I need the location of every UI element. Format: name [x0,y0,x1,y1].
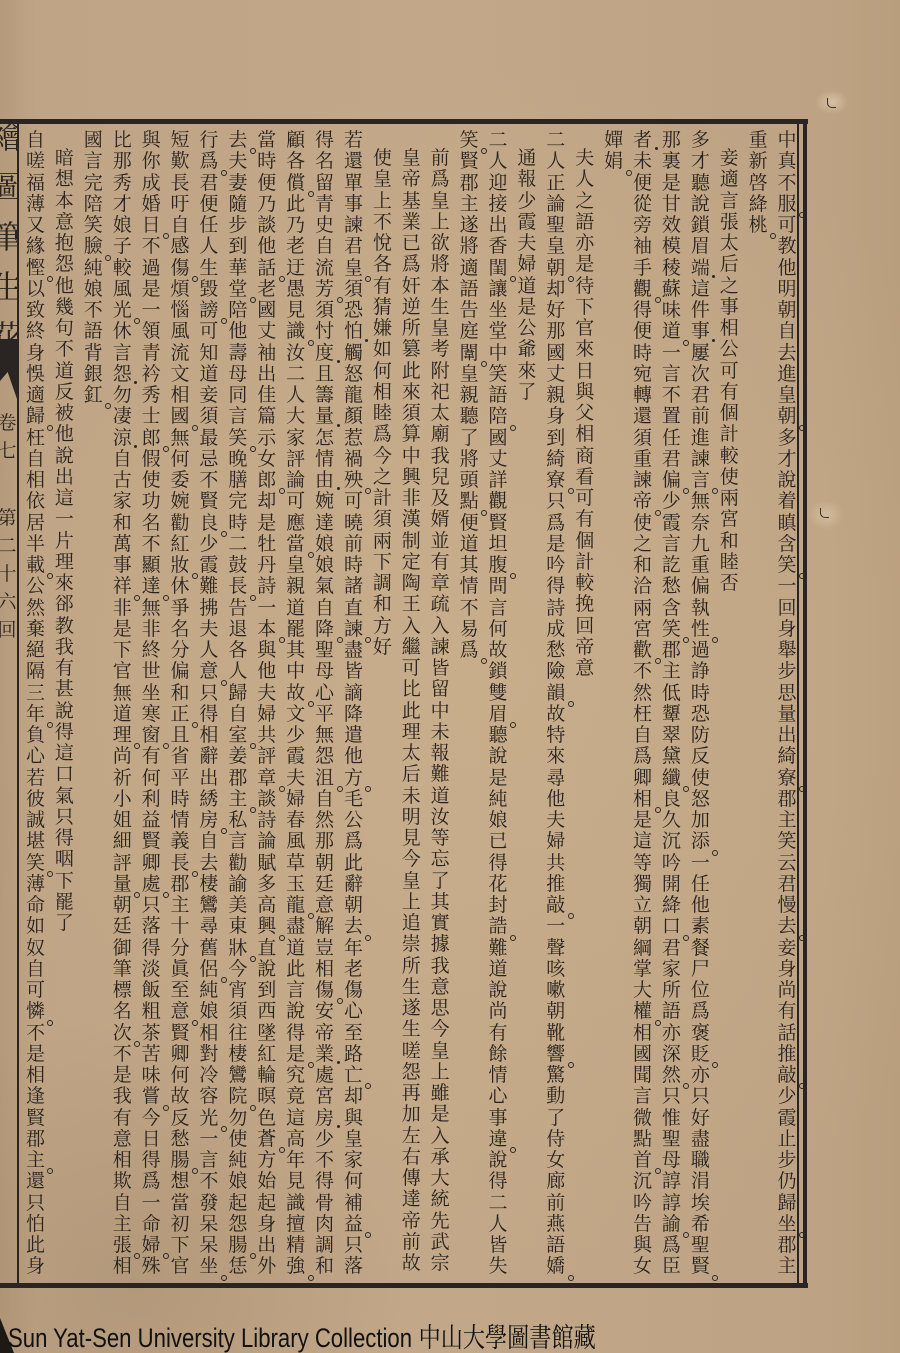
fishtail-mark-icon [0,339,17,399]
verse-column: 嬋娟 [599,0,628,1283]
verse-column: 比那秀才娘子較風光休言怨勿凄涼自古家和萬事祥非是下官無道理尚祈小姐細評量朝廷御筆… [108,0,137,1283]
verse-column: 笑賢郡主遂將適語告庭闈皇親聽了將頭點便道其情不易爲 [455,0,484,1283]
frame-bottom-rule [0,1283,808,1288]
collection-watermark: Sun Yat-Sen University Library Collectio… [8,1316,596,1353]
book-spine-margin: 繪圖筆生花 卷七 第二十六回 [0,124,17,1283]
prose-column: 通報少霞夫婦道是公爺來了 [512,0,541,1283]
prose-column: 皇帝基業已爲奸逆所篡此來須算中興非漢制定陶王入繼可比此理太后未明見今皇上追崇所生… [397,0,426,1283]
prose-column: 暗想本意抱怨他幾句不道反被他說出這一片理來郤教我有甚說得這口氣只得咽下罷了 [50,0,79,1283]
verse-column: 二人正論聖皇朝却好那國丈親身到綺寮只爲是吟得詩成愁險韻故特來尋他夫婦共推敲一聲咳… [541,0,570,1283]
prose-column: 使皇上不悅各有猜嫌如何相睦爲今之計須兩下調和方好 [368,0,397,1283]
prose-column: 夫人之語亦是待下官來日與父相商看可有個計較挽回帝意 [570,0,599,1283]
collection-label-zh: 中山大學圖書館藏 [419,1323,596,1353]
page-text-body: 中真不服可教他明朝自去進皇朝多才說着瞋含笑一回身舉步思量出綺寮郡主笑云君慢去妾身… [21,0,802,1283]
paper-crack [820,508,829,518]
spine-volume: 卷七 [0,409,17,465]
verse-column: 者未便從旁袖手觀得便時宛轉還須重諫帝使之和洽兩宮歡不然枉自爲卿相是這等獨立朝綱掌… [628,0,657,1283]
verse-column: 重新啓絳桃 [744,0,773,1283]
frame-right-outer-rule [803,119,807,1288]
verse-column: 若還單事諫君皇須恐怕觸怒龍顏惹禍殃可曉前時諸直諫盡皆謫降遣他方毛公爲此辭朝去年老… [339,0,368,1283]
paper-crease [808,500,844,530]
verse-column: 行爲君便任人生毀謗可知道妾須最忌不賢良少霞難拂夫人意只得相辭出綉房自去棲鸞尋舊侶… [194,0,223,1283]
spine-chapter: 第二十六回 [0,504,17,644]
verse-column: 國言完陪笑臉純娘不語背銀釭 [79,0,108,1283]
prose-column: 妾適言張太后之事相公可有個計較使兩宮和睦否 [715,0,744,1283]
verse-column: 短歎長吁自感傷煩惱風流文相國無何委婉勸紅妝休爭名分偏和正且省平時情義長郡主十分眞… [166,0,195,1283]
paper-crease [815,90,849,114]
verse-column: 中真不服可教他明朝自去進皇朝多才說着瞋含笑一回身舉步思量出綺寮郡主笑云君慢去妾身… [773,0,802,1283]
collection-label-en: Sun Yat-Sen University Library Collectio… [8,1323,412,1353]
paper-crack [827,98,836,108]
verse-column: 多才聽說鎖眉端這件事屢次君前進諫言無奈九重偏執性過諍時恐防反使怒加添一任他素餐尸… [686,0,715,1283]
prose-column: 前爲皇上欲將本生皇考附祀太廟我兒及婿並有章疏入諫皆留中未報難道汝等忘了其實據我意… [426,0,455,1283]
verse-column: 自嗟福薄又緣慳以致終身悞適歸枉自相依居半載公然棄絕隔三年負心若彼誠堪笑薄命如奴自… [21,0,50,1283]
verse-column: 顧各償此乃老迂愚見識汝二人大家評論可應當皇親道罷其中故文少霞夫婦春風草玉龍盡道此… [281,0,310,1283]
verse-column: 得名留青史自流芳須忖度且籌量怎情由婉達娘娘氣自降聖母心平無怨沮自然那朝廷意解豈相… [310,0,339,1283]
frame-left-rule [17,124,19,1283]
verse-column: 與你成婚日不過是一領青衿秀士郎假使功名不顯達無非終世坐寒窗有何利益賢卿處只落得淡… [137,0,166,1283]
verse-column: 二人迎接出香閨讓坐堂中笑語陪國丈詳觀賢坦腹問言何故鎖雙眉聽說是純娘已得花封誥難道… [484,0,513,1283]
verse-column: 那裏是甘效模稜蘇味道一言不置任君偏少霞言訖愁含笑郡主低顰翠黛纖良久沉吟開絳口君家… [657,0,686,1283]
spine-book-title: 繪圖筆生花 [0,124,17,362]
verse-column: 當時便乃談他話老國丈袖出佳篇示女郎却是牡丹詩一本與他夫婦共評章談詩論賦多高興直說… [252,0,281,1283]
verse-column: 去夫妻隨步到華堂陪他壽母同言笑晚膳完時二鼓長告退各人歸自室姜郡主私言勸諭美東牀今… [223,0,252,1283]
